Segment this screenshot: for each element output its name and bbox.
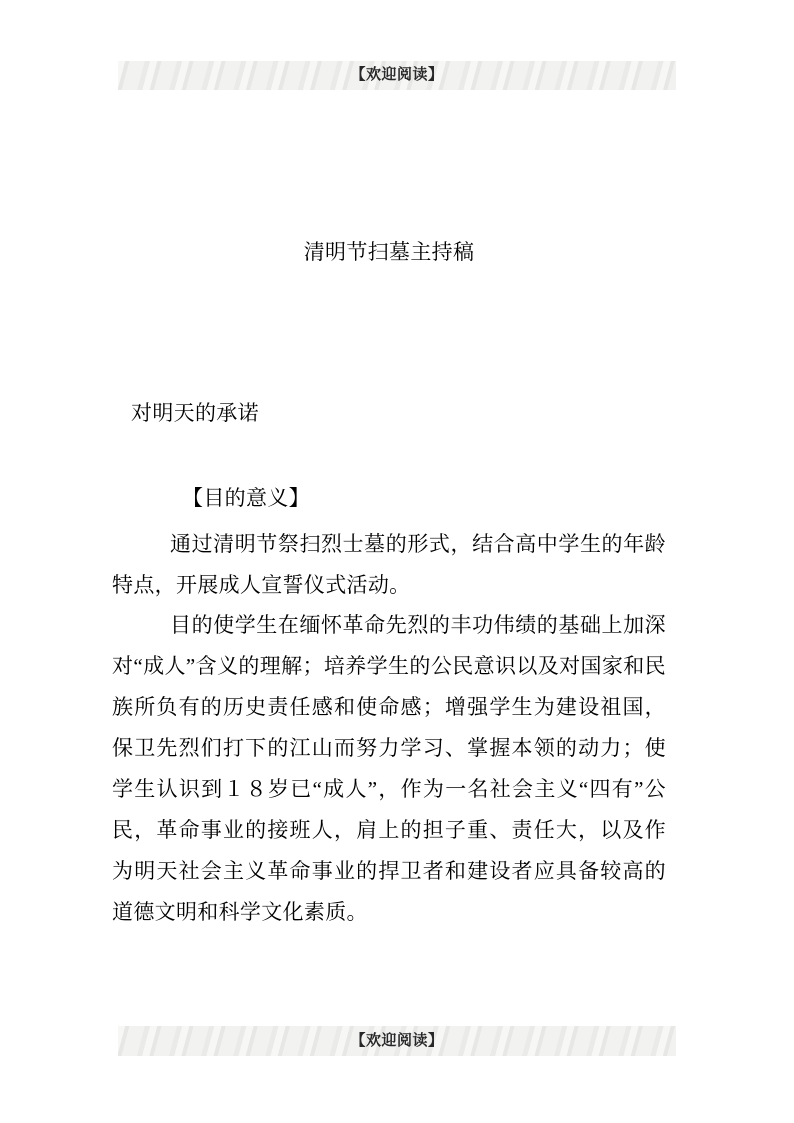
document-title: 清明节扫墓主持稿 [112, 232, 666, 273]
document-page: 【欢迎阅读】 清明节扫墓主持稿 对明天的承诺 【目的意义】 通过清明节祭扫烈士墓… [0, 0, 794, 1123]
page-header-bar: 【欢迎阅读】 [118, 61, 676, 90]
paragraph: 通过清明节祭扫烈士墓的形式，结合高中学生的年龄特点，开展成人宣誓仪式活动。 [112, 524, 666, 606]
paragraph: 目的使学生在缅怀革命先烈的丰功伟绩的基础上加深对“成人”含义的理解；培养学生的公… [112, 605, 666, 933]
page-footer-bar: 【欢迎阅读】 [118, 1026, 676, 1056]
section-heading: 【目的意义】 [112, 478, 666, 519]
header-watermark-text: 【欢迎阅读】 [350, 68, 443, 83]
footer-watermark-text: 【欢迎阅读】 [350, 1034, 443, 1049]
document-subtitle: 对明天的承诺 [112, 393, 666, 434]
